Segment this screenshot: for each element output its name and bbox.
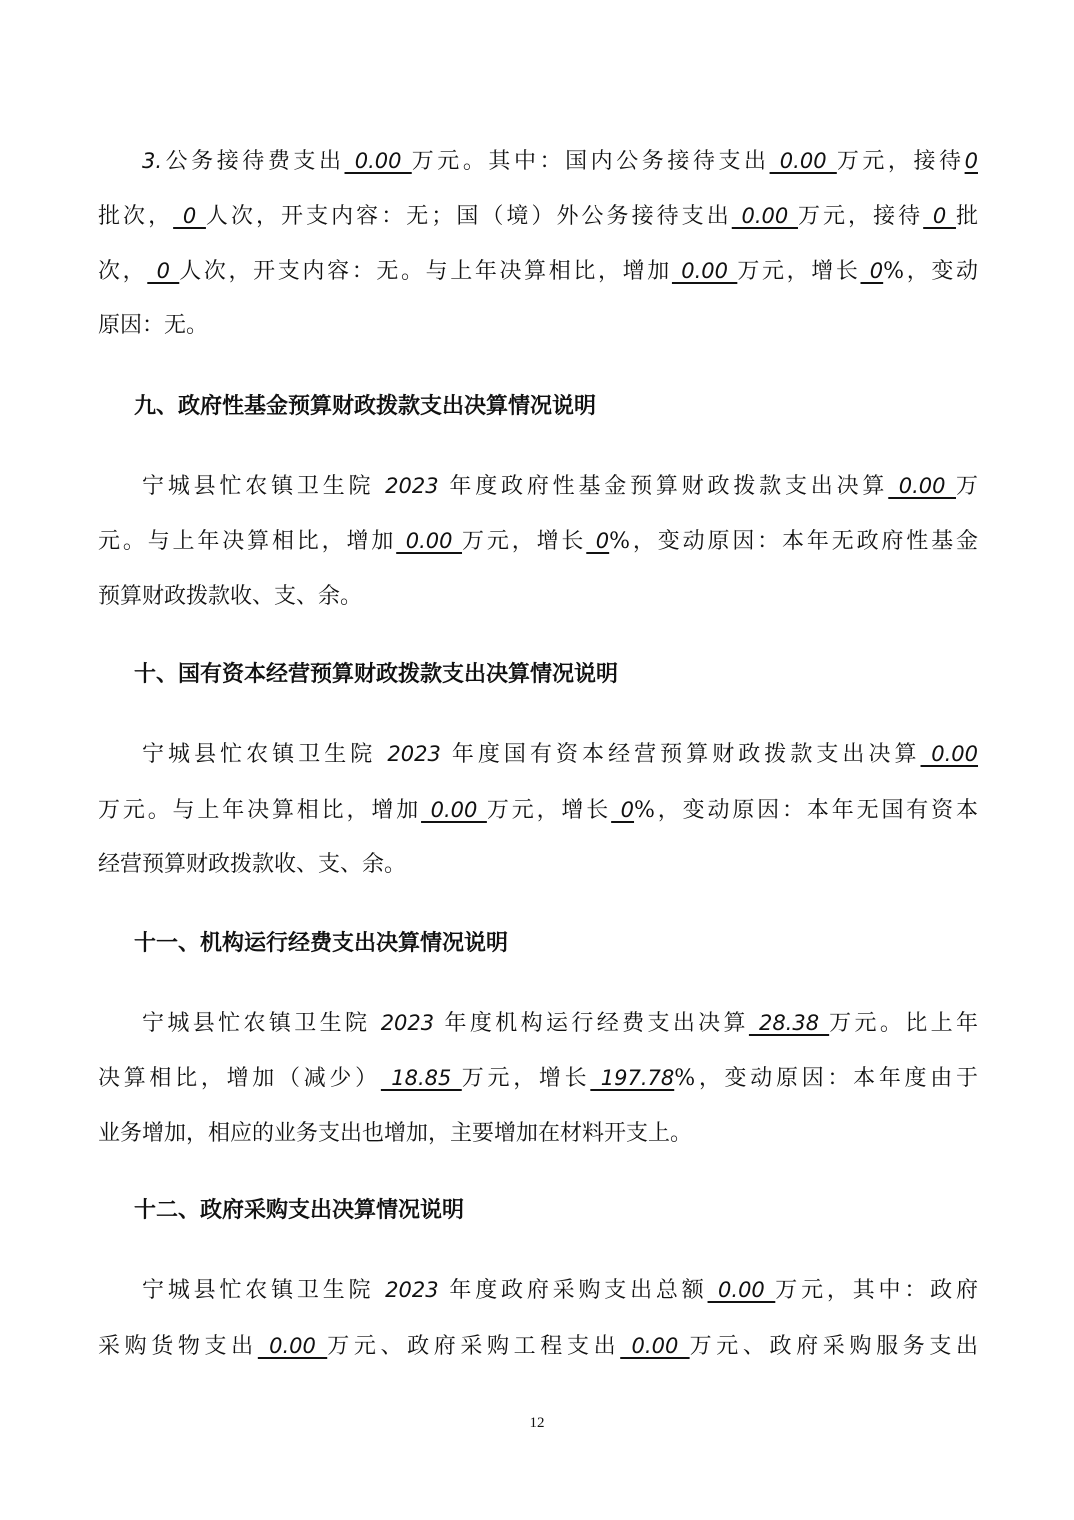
text: 元。与上年决算相比，增加 [98,529,396,554]
value-field: 0.00 [732,204,798,228]
text: 年度国有资本经营预算财政拨款支出决算 [441,742,921,767]
paragraph-line: 3.公务接待费支出 0.00 万元。其中：国内公务接待支出 0.00 万元，接待… [142,146,978,177]
text: 万元，增长 [462,529,586,554]
value-field: 0.00 [770,149,837,173]
year: 2023 [387,742,440,766]
text: 万元。其中：国内公务接待支出 [412,149,770,174]
paragraph-line: 元。与上年决算相比，增加 0.00 万元，增长 0%，变动原因：本年无政府性基金 [98,526,978,557]
org-name: 宁城县忙农镇卫生院 [142,1011,381,1036]
value-field: 0 [923,204,956,228]
section-heading-11: 十一、机构运行经费支出决算情况说明 [134,929,508,959]
org-name: 宁城县忙农镇卫生院 [142,474,385,499]
value-field: 0.00 [396,529,462,553]
section-heading-9: 九、政府性基金预算财政拨款支出决算情况说明 [134,392,596,422]
value-field: 0 [965,149,978,173]
value-field: 0 [586,529,609,553]
value-field: 0.00 [345,149,412,173]
value-field: 0.00 [620,1334,689,1358]
value-field: 0.00 [708,1278,776,1302]
text: %，变动原因：本年度由于 [674,1066,978,1091]
org-name: 宁城县忙农镇卫生院 [142,742,387,767]
paragraph-line: 宁城县忙农镇卫生院 2023 年度国有资本经营预算财政拨款支出决算 0.00 [142,739,978,770]
text: 批次， [98,204,173,229]
text: 万元，其中：政府 [775,1278,978,1303]
text: 年度政府采购支出总额 [439,1278,708,1303]
text: 万元。比上年 [829,1011,978,1036]
paragraph-line: 业务增加，相应的业务支出也增加，主要增加在材料开支上。 [98,1119,978,1149]
value-field: 0.00 [258,1334,327,1358]
text: 万元，增长 [487,798,611,823]
paragraph-line: 次， 0 人次，开支内容：无。与上年决算相比，增加 0.00 万元，增长 0%，… [98,256,978,287]
text: %，变动原因：本年无国有资本 [634,798,978,823]
value-field: 0 [611,798,634,822]
paragraph-line: 宁城县忙农镇卫生院 2023 年度政府性基金预算财政拨款支出决算 0.00 万 [142,471,978,502]
text: 万元，接待 [837,149,965,174]
text: %，变动 [883,259,978,284]
year: 2023 [385,1278,438,1302]
text: 批 [956,204,978,229]
text: 决算相比，增加（减少） [98,1066,381,1091]
paragraph-line: 万元。与上年决算相比，增加 0.00 万元，增长 0%，变动原因：本年无国有资本 [98,795,978,826]
text: 人次，开支内容：无；国（境）外公务接待支出 [206,204,732,229]
text: 次， [98,259,147,284]
value-field: 0.00 [421,798,487,822]
value-field: 0 [173,204,206,228]
text: 万元，增长 [462,1066,591,1091]
section-heading-12: 十二、政府采购支出决算情况说明 [134,1196,464,1226]
paragraph-line: 原因：无。 [98,311,978,341]
year: 2023 [381,1011,434,1035]
page-number: 12 [0,1415,1074,1432]
paragraph-line: 采购货物支出 0.00 万元、政府采购工程支出 0.00 万元、政府采购服务支出 [98,1331,978,1362]
value-field: 197.78 [590,1066,674,1090]
paragraph-line: 宁城县忙农镇卫生院 2023 年度机构运行经费支出决算 28.38 万元。比上年 [142,1008,978,1039]
text: 年度政府性基金预算财政拨款支出决算 [439,474,889,499]
paragraph-line: 决算相比，增加（减少） 18.85 万元，增长 197.78%，变动原因：本年度… [98,1063,978,1094]
org-name: 宁城县忙农镇卫生院 [142,1278,385,1303]
text: 万元，接待 [798,204,923,229]
value-field: 0.00 [672,259,737,283]
text: 万元、政府采购工程支出 [327,1334,620,1359]
text: 万元、政府采购服务支出 [690,1334,978,1359]
list-number: 3. [142,149,162,173]
paragraph-line: 经营预算财政拨款收、支、余。 [98,850,978,880]
value-field: 0.00 [921,742,978,766]
text: 人次，开支内容：无。与上年决算相比，增加 [179,259,672,284]
text: 万元。与上年决算相比，增加 [98,798,421,823]
value-field: 18.85 [381,1066,462,1090]
value-field: 0 [861,259,884,283]
text: %，变动原因：本年无政府性基金 [609,529,978,554]
text: 万 [956,474,978,499]
value-field: 28.38 [749,1011,829,1035]
document-page: 3.公务接待费支出 0.00 万元。其中：国内公务接待支出 0.00 万元，接待… [0,0,1074,1520]
section-heading-10: 十、国有资本经营预算财政拨款支出决算情况说明 [134,660,618,690]
paragraph-line: 预算财政拨款收、支、余。 [98,582,978,612]
text: 年度机构运行经费支出决算 [434,1011,749,1036]
text: 万元，增长 [737,259,860,284]
value-field: 0.00 [888,474,956,498]
value-field: 0 [147,259,179,283]
paragraph-line: 批次， 0 人次，开支内容：无；国（境）外公务接待支出 0.00 万元，接待 0… [98,201,978,232]
year: 2023 [385,474,438,498]
text: 采购货物支出 [98,1334,258,1359]
text: 公务接待费支出 [162,149,344,174]
paragraph-line: 宁城县忙农镇卫生院 2023 年度政府采购支出总额 0.00 万元，其中：政府 [142,1275,978,1306]
